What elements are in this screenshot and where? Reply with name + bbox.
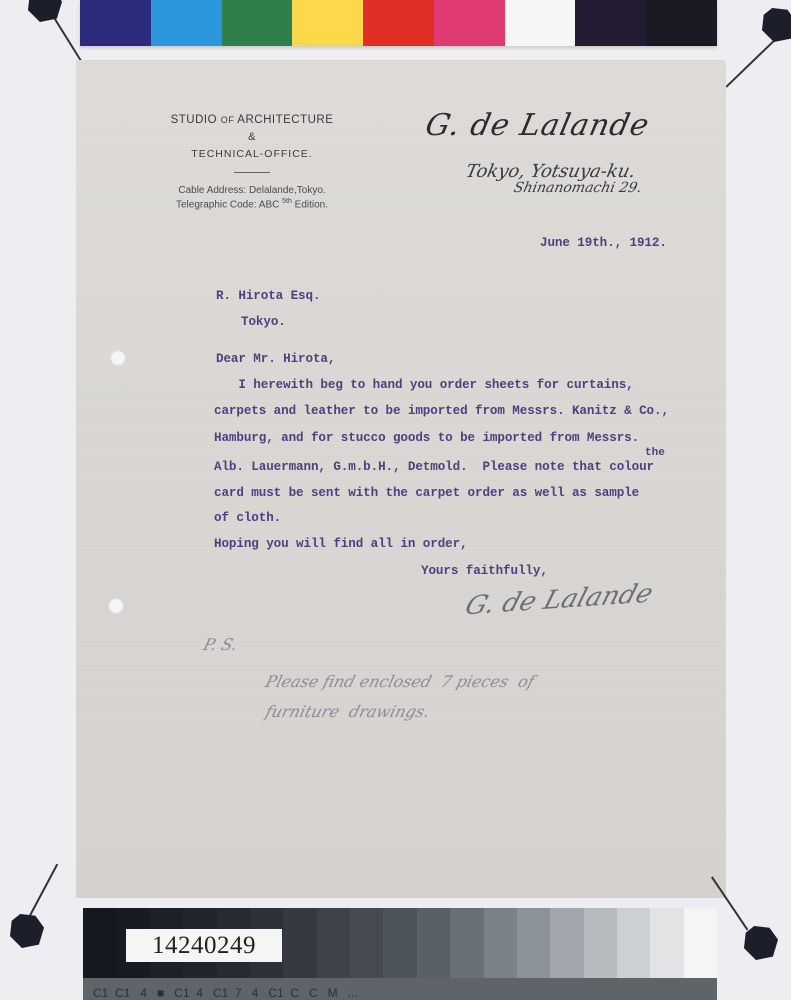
- color-swatch: [505, 0, 576, 46]
- postscript-line2: furniture drawings.: [263, 702, 431, 721]
- gray-step: [417, 908, 450, 978]
- letterhead-studio: STUDIO OF ARCHITECTURE & TECHNICAL-OFFIC…: [132, 114, 372, 210]
- letterhead-name: G. de Lalande Tokyo, Yotsuya-ku. Shinano…: [426, 108, 726, 196]
- handwritten-insertion: the: [645, 447, 665, 459]
- grayscale-calibration-card: 14240249 C1 C1 4 ■ C1 4 C1 7 4 C1 C C M …: [83, 908, 717, 1000]
- studio-title-of: OF: [221, 115, 235, 125]
- punch-hole: [110, 350, 126, 366]
- recipient-name: R. Hirota Esq.: [216, 289, 320, 303]
- sender-name: G. de Lalande: [422, 108, 729, 143]
- technical-office: TECHNICAL-OFFICE.: [132, 148, 372, 160]
- telegraphic-code: Telegraphic Code: ABC 5th Edition.: [132, 198, 372, 210]
- body-line: of cloth.: [214, 511, 281, 525]
- gray-step: [517, 908, 550, 978]
- letter-date: June 19th., 1912.: [540, 236, 667, 250]
- color-swatch: [434, 0, 505, 46]
- color-swatch: [646, 0, 717, 46]
- color-swatch: [575, 0, 646, 46]
- gray-step: [317, 908, 350, 978]
- color-swatch: [222, 0, 293, 46]
- body-line: card must be sent with the carpet order …: [214, 486, 639, 500]
- punch-hole: [108, 598, 124, 614]
- body-line: carpets and leather to be imported from …: [214, 404, 669, 418]
- cable-address: Cable Address: Delalande,Tokyo.: [132, 185, 372, 196]
- gray-step: [684, 908, 717, 978]
- sender-address-line1: Tokyo, Yotsuya-ku.: [464, 161, 728, 182]
- ampersand: &: [132, 131, 372, 143]
- tele-edition: 5th: [282, 198, 292, 205]
- color-calibration-bar: [80, 0, 717, 46]
- closing-line: Hoping you will find all in order,: [214, 537, 468, 551]
- studio-title: STUDIO: [171, 114, 221, 126]
- gray-step: [617, 908, 650, 978]
- signature: G. de Lalande: [462, 579, 657, 622]
- tele-text: Telegraphic Code: ABC: [176, 199, 282, 210]
- gray-step: [450, 908, 483, 978]
- tele-edition-label: Edition.: [292, 199, 328, 210]
- color-swatch: [151, 0, 222, 46]
- color-swatch: [292, 0, 363, 46]
- recipient-city: Tokyo.: [241, 315, 286, 329]
- gray-step: [650, 908, 683, 978]
- salutation: Dear Mr. Hirota,: [216, 352, 335, 366]
- gray-step: [484, 908, 517, 978]
- letter-paper: STUDIO OF ARCHITECTURE & TECHNICAL-OFFIC…: [76, 60, 726, 898]
- gray-step: [383, 908, 416, 978]
- studio-title-arch: ARCHITECTURE: [234, 114, 333, 126]
- postscript-line1: Please find enclosed 7 pieces of: [263, 672, 536, 691]
- valediction: Yours faithfully,: [421, 564, 548, 578]
- archive-id-label: 14240249: [126, 929, 282, 962]
- gray-step: [584, 908, 617, 978]
- divider: [234, 172, 270, 173]
- sender-address-line2: Shinanomachi 29.: [512, 180, 727, 196]
- gray-step: [350, 908, 383, 978]
- postscript-label: P. S.: [201, 635, 239, 654]
- gray-step: [83, 908, 116, 978]
- gray-step: [283, 908, 316, 978]
- card-footer-text: C1 C1 4 ■ C1 4 C1 7 4 C1 C C M ...: [93, 986, 358, 1000]
- gray-step: [550, 908, 583, 978]
- color-swatch: [80, 0, 151, 46]
- color-swatch: [363, 0, 434, 46]
- body-line: Hamburg, and for stucco goods to be impo…: [214, 431, 639, 445]
- body-line: Alb. Lauermann, G.m.b.H., Detmold. Pleas…: [214, 460, 654, 474]
- body-line: I herewith beg to hand you order sheets …: [216, 378, 634, 392]
